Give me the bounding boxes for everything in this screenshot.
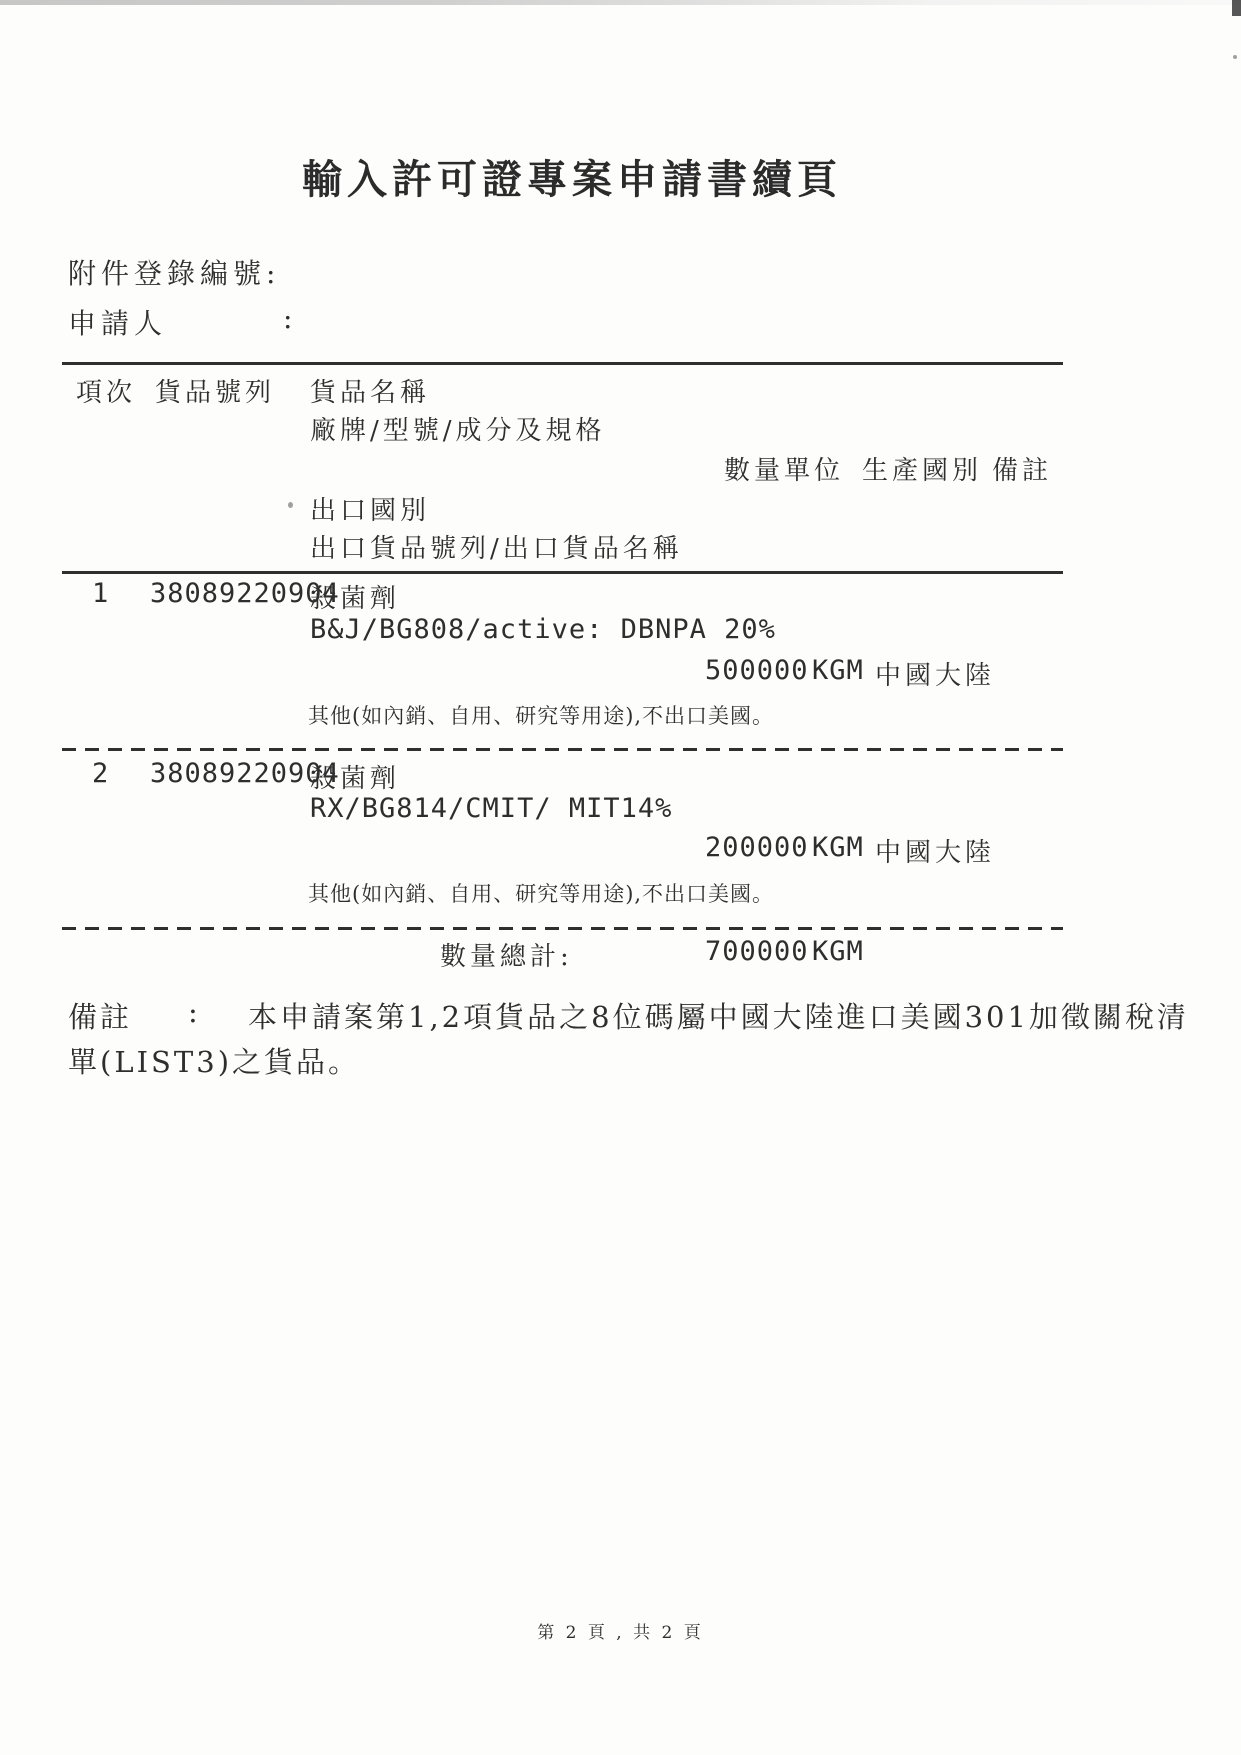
col-header-qty-unit: 數量單位 (724, 450, 844, 487)
commodity-name: 殺菌劑 (310, 578, 400, 615)
scan-smudge (0, 0, 1241, 5)
row-divider-dashed (62, 748, 1063, 751)
total-quantity: 700000 (705, 936, 809, 967)
document-page: 輸入許可證專案申請書續頁 附件登錄編號: 申請人 : 項次 貨品號列 貨品名稱 … (0, 0, 1241, 1755)
table-header-rule (62, 571, 1063, 574)
commodity-name: 殺菌劑 (310, 758, 400, 795)
scan-speck (288, 502, 293, 508)
export-note: 其他(如內銷、自用、研究等用途),不出口美國。 (308, 878, 774, 908)
remark-colon: : (188, 995, 201, 1029)
col-header-origin-country: 生產國別 (862, 450, 982, 487)
quantity-value: 500000 (705, 655, 809, 686)
remark-line2: 單(LIST3)之貨品。 (68, 1040, 360, 1081)
col-header-remark: 備註 (992, 450, 1052, 487)
item-no: 1 (92, 578, 109, 609)
col-header-commodity-name: 貨品名稱 (310, 372, 430, 409)
total-unit: KGM (812, 936, 864, 967)
table-top-rule (62, 362, 1063, 365)
unit-value: KGM (812, 655, 864, 686)
attachment-number-label: 附件登錄編號: (68, 252, 280, 292)
brand-spec: B&J/BG808/active: DBNPA 20% (310, 614, 776, 645)
remark-line1: 本申請案第1,2項貨品之8位碼屬中國大陸進口美國301加徵關稅清 (248, 995, 1189, 1036)
applicant-colon: : (283, 302, 297, 335)
total-divider-dashed (62, 927, 1063, 930)
origin-value: 中國大陸 (875, 655, 995, 692)
page-number: 第 2 頁 , 共 2 頁 (537, 1618, 703, 1643)
remark-label: 備註 (68, 995, 132, 1036)
col-header-commodity-code: 貨品號列 (155, 372, 275, 409)
brand-spec: RX/BG814/CMIT/ MIT14% (310, 793, 672, 824)
origin-value: 中國大陸 (875, 832, 995, 869)
col-header-item-no: 項次 (76, 372, 136, 409)
col-header-export-country: 出口國別 (310, 490, 430, 527)
total-label: 數量總計: (440, 936, 573, 973)
unit-value: KGM (812, 832, 864, 863)
quantity-value: 200000 (705, 832, 809, 863)
applicant-label: 申請人 (68, 302, 167, 342)
scan-speck (1233, 55, 1237, 59)
export-note: 其他(如內銷、自用、研究等用途),不出口美國。 (308, 700, 774, 730)
scan-corner-mark (1232, 0, 1241, 16)
item-no: 2 (92, 758, 109, 789)
col-header-brand-spec: 廠牌/型號/成分及規格 (310, 410, 606, 447)
page-title: 輸入許可證專案申請書續頁 (302, 148, 842, 205)
col-header-export-code-name: 出口貨品號列/出口貨品名稱 (310, 528, 683, 565)
